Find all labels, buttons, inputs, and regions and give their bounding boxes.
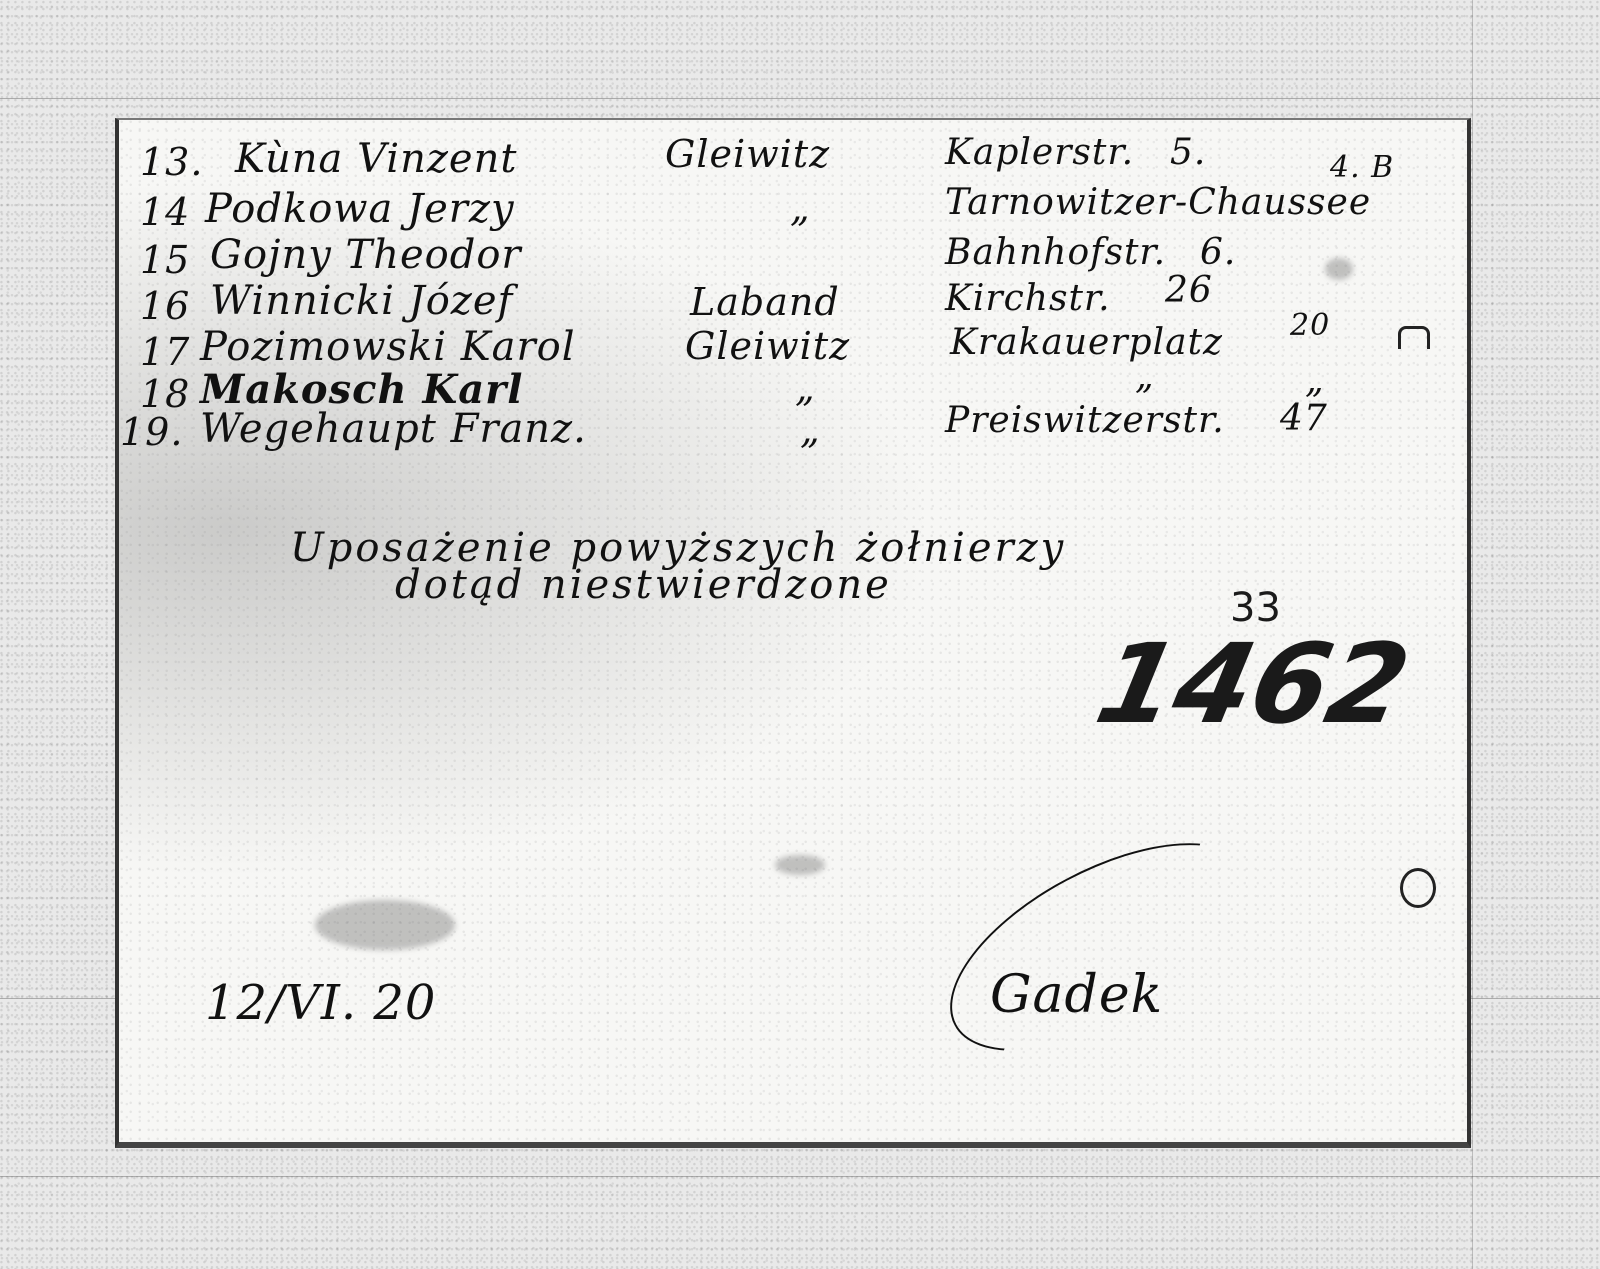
entry-city-ditto: „ bbox=[790, 186, 811, 230]
entry-number: 15 bbox=[140, 238, 190, 282]
entry-city-ditto: „ bbox=[795, 366, 816, 410]
entry-number: 16 bbox=[140, 284, 190, 328]
entry-number: 13. bbox=[140, 140, 203, 184]
entry-street: Bahnhofstr. bbox=[945, 232, 1166, 273]
entry-name: Wegehaupt Franz. bbox=[200, 406, 587, 452]
entry-house-number: 26 bbox=[1165, 270, 1213, 311]
entry-name: Winnicki Józef bbox=[210, 278, 513, 324]
entry-number: 17 bbox=[140, 330, 190, 374]
note-line-2: dotąd niestwierdzone bbox=[395, 562, 892, 608]
entry-name: Pozimowski Karol bbox=[200, 324, 576, 370]
smudge bbox=[315, 900, 455, 950]
scan-line bbox=[0, 1176, 1600, 1177]
entry-street: Kirchstr. bbox=[945, 278, 1111, 319]
archive-number-large: 1462 bbox=[1086, 620, 1419, 748]
entry-street: Preiswitzerstr. bbox=[945, 400, 1225, 441]
entry-city: Gleiwitz bbox=[665, 132, 830, 176]
entry-name: Podkowa Jerzy bbox=[205, 186, 515, 232]
entry-house-number: 4. B bbox=[1330, 150, 1394, 185]
entry-city: Gleiwitz bbox=[685, 324, 850, 368]
entry-city-ditto: „ bbox=[800, 408, 821, 452]
smudge bbox=[775, 855, 825, 875]
entry-name: Kùna Vinzent bbox=[235, 136, 517, 182]
entry-house-number-ditto: „ bbox=[1305, 360, 1325, 401]
entry-house-number: 47 bbox=[1280, 398, 1328, 439]
smudge bbox=[1325, 258, 1353, 280]
entry-house-number: 5. bbox=[1170, 132, 1206, 173]
entry-city: Laband bbox=[690, 280, 840, 324]
scan-line bbox=[1472, 0, 1473, 1269]
document-date: 12/VI. 20 bbox=[205, 975, 436, 1031]
margin-bracket-mark bbox=[1398, 326, 1430, 349]
signature: Gadek bbox=[990, 965, 1163, 1025]
entry-house-number: 6. bbox=[1200, 232, 1236, 273]
entry-house-number: 20 bbox=[1290, 308, 1330, 343]
entry-number: 19. bbox=[120, 410, 183, 454]
entry-street: Krakauerplatz bbox=[950, 322, 1223, 363]
entry-street: Kaplerstr. bbox=[945, 132, 1134, 173]
entry-number: 14 bbox=[140, 190, 190, 234]
entry-street-ditto: „ bbox=[1135, 356, 1155, 397]
margin-circle-mark bbox=[1400, 868, 1436, 908]
entry-name: Gojny Theodor bbox=[210, 232, 522, 278]
entry-street: Tarnowitzer-Chaussee bbox=[945, 182, 1371, 223]
scan-line bbox=[0, 98, 1600, 99]
